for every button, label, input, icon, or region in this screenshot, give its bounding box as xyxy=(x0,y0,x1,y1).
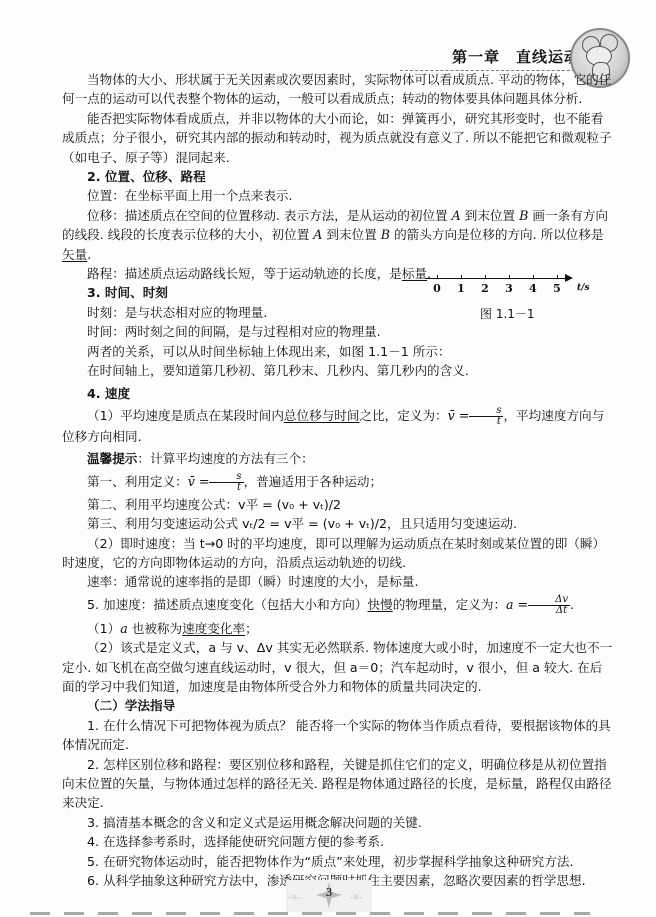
method-1: 第一、利用定义：v̄ =st，普遍适用于各种运动； xyxy=(62,472,614,493)
section-heading: 2. 位置、位移、路程 xyxy=(62,167,614,186)
fraction: ΔvΔt xyxy=(528,595,570,616)
paragraph: （2）即时速度：当 t→0 时的平均速度，即可以理解为运动质点在某时刻或某位置的… xyxy=(62,534,614,573)
underlined-term: 总位移与时间 xyxy=(284,408,360,423)
axis-line xyxy=(425,278,567,279)
formula: v̄ = xyxy=(188,474,210,489)
scan-edge-artifact xyxy=(30,912,590,915)
tick-label: 4 xyxy=(527,282,539,295)
guide-item: 3. 搞清基本概念的含义和定义式是运用概念解决问题的关键. xyxy=(62,813,614,832)
paragraph: 两者的关系，可以从时间坐标轴上体现出来，如图 1.1－1 所示： xyxy=(62,342,614,361)
math-var: B xyxy=(381,227,390,242)
page-footer: -☼- 3 -☼- xyxy=(286,880,372,912)
text-run: ，普遍适用于各种运动； xyxy=(244,474,383,489)
tick-label: 3 xyxy=(503,282,515,295)
figure-caption: 图 1.1－1 xyxy=(480,305,535,322)
paragraph: 当物体的大小、形状属于无关因素或次要因素时，实际物体可以看成质点. 平动的物体，… xyxy=(62,70,614,109)
text-run: 的物理量，定义为： xyxy=(393,597,506,612)
tip-heading: 温馨提示 xyxy=(87,451,137,466)
axis-tick xyxy=(461,275,462,279)
text-run: 5. 加速度：描述质点速度变化（包括大小和方向） xyxy=(87,597,368,612)
text-run: 路程：描述质点运动路线长短，等于运动轨迹的长度，是 xyxy=(87,266,402,281)
tick-label: 1 xyxy=(455,282,467,295)
textbook-page: 第一章 直线运动 当物体的大小、形状属于无关因素或次要因素时，实际物体可以看成质… xyxy=(0,0,656,917)
paragraph-acceleration: 5. 加速度：描述质点速度变化（包括大小和方向）快慢的物理量，定义为：a =Δv… xyxy=(62,595,614,616)
formula: v̄ = xyxy=(448,408,470,423)
axis-tick xyxy=(557,275,558,279)
underlined-term: 标量 xyxy=(402,266,427,281)
paragraph: 位置：在坐标平面上用一个点来表示. xyxy=(62,186,614,205)
axis-tick xyxy=(533,275,534,279)
denominator: t xyxy=(209,483,243,493)
tick-label: 5 xyxy=(551,282,563,295)
text-run: （1）平均速度是质点在某段时间内 xyxy=(87,408,284,423)
denominator: t xyxy=(469,417,503,427)
section-heading: （二）学法指导 xyxy=(62,696,614,715)
underlined-term: 速度变化率 xyxy=(182,621,245,636)
chapter-title: 第一章 直线运动 xyxy=(452,46,580,67)
axis-unit-label: t/s xyxy=(577,283,590,293)
text-run: . xyxy=(570,597,574,612)
fraction: st xyxy=(469,406,503,427)
underlined-term: 矢量 xyxy=(62,247,87,262)
guide-item: 2. 怎样区别位移和路程：要区别位移和路程，关键是抓住它们的定义，明确位移是从初… xyxy=(62,755,614,813)
axis-tick xyxy=(485,275,486,279)
guide-item: 5. 在研究物体运动时，能否把物体作为“质点”来处理，初步掌握科学抽象这种研究方… xyxy=(62,852,614,871)
paragraph: 能否把实际物体看成质点，并非以物体的大小而论，如：弹簧再小，研究其形变时，也不能… xyxy=(62,109,614,167)
text-run: ：计算平均速度的方法有三个： xyxy=(137,451,313,466)
underlined-term: 快慢 xyxy=(368,597,393,612)
paragraph: （1）a 也被称为速度变化率； xyxy=(62,619,614,638)
text-run: ； xyxy=(245,621,258,636)
text-run: 第一、利用定义： xyxy=(87,474,188,489)
paragraph-displacement: 位移：描述质点在空间的位置移动. 表示方法，是从运动的初位置 A 到末位置 B … xyxy=(62,206,614,264)
tip-paragraph: 温馨提示：计算平均速度的方法有三个： xyxy=(62,449,614,468)
formula: a = xyxy=(506,597,528,612)
ornament-icon: -☼- xyxy=(350,893,363,902)
denominator: Δt xyxy=(528,606,570,616)
text-run: . xyxy=(87,247,91,262)
guide-item: 1. 在什么情况下可把物体视为质点？ 能否将一个实际的物体当作质点看待，要根据该… xyxy=(62,716,614,755)
page-number: 3 xyxy=(323,886,335,899)
section-heading: 4. 速度 xyxy=(62,384,614,403)
arrow-right-icon xyxy=(565,274,573,282)
paragraph: 在时间轴上，要知道第几秒初、第几秒末、几秒内、第几秒内的含义. xyxy=(62,361,614,380)
body-text: 当物体的大小、形状属于无关因素或次要因素时，实际物体可以看成质点. 平动的物体，… xyxy=(62,70,614,890)
method-2: 第二、利用平均速度公式：v平 = (v₀ + vₜ)/2 xyxy=(62,495,614,514)
tick-label: 0 xyxy=(431,282,443,295)
text-run: 到末位置 xyxy=(322,227,380,242)
math-var: A xyxy=(452,208,461,223)
axis-tick xyxy=(509,275,510,279)
method-3: 第三、利用匀变速运动公式 vₜ/2 = v平 = (v₀ + vₜ)/2，且只适… xyxy=(62,514,614,533)
paragraph: （2）该式是定义式，a 与 v、Δv 其实无必然联系. 物体速度大或小时，加速度… xyxy=(62,638,614,696)
tick-label: 2 xyxy=(479,282,491,295)
math-var: a xyxy=(120,621,128,636)
text-run: 之比，定义为： xyxy=(359,408,447,423)
text-run: （1） xyxy=(87,621,120,636)
text-run: 位移：描述质点在空间的位置移动. 表示方法，是从运动的初位置 xyxy=(87,208,452,223)
ornament-icon: -☼- xyxy=(288,893,301,902)
guide-item: 4. 在选择参考系时，选择能使研究问题方便的参考系. xyxy=(62,832,614,851)
text-run: 也被称为 xyxy=(128,621,182,636)
text-run: 的箭头方向是位移的方向. 所以位移是 xyxy=(390,227,604,242)
paragraph-avg-velocity: （1）平均速度是质点在某段时间内总位移与时间之比，定义为：v̄ =st，平均速度… xyxy=(62,406,614,446)
text-run: 到末位置 xyxy=(461,208,519,223)
fraction: st xyxy=(209,472,243,493)
paragraph: 速率：通常说的速率指的是即（瞬）时速度的大小，是标量. xyxy=(62,572,614,591)
axis-tick xyxy=(437,275,438,279)
